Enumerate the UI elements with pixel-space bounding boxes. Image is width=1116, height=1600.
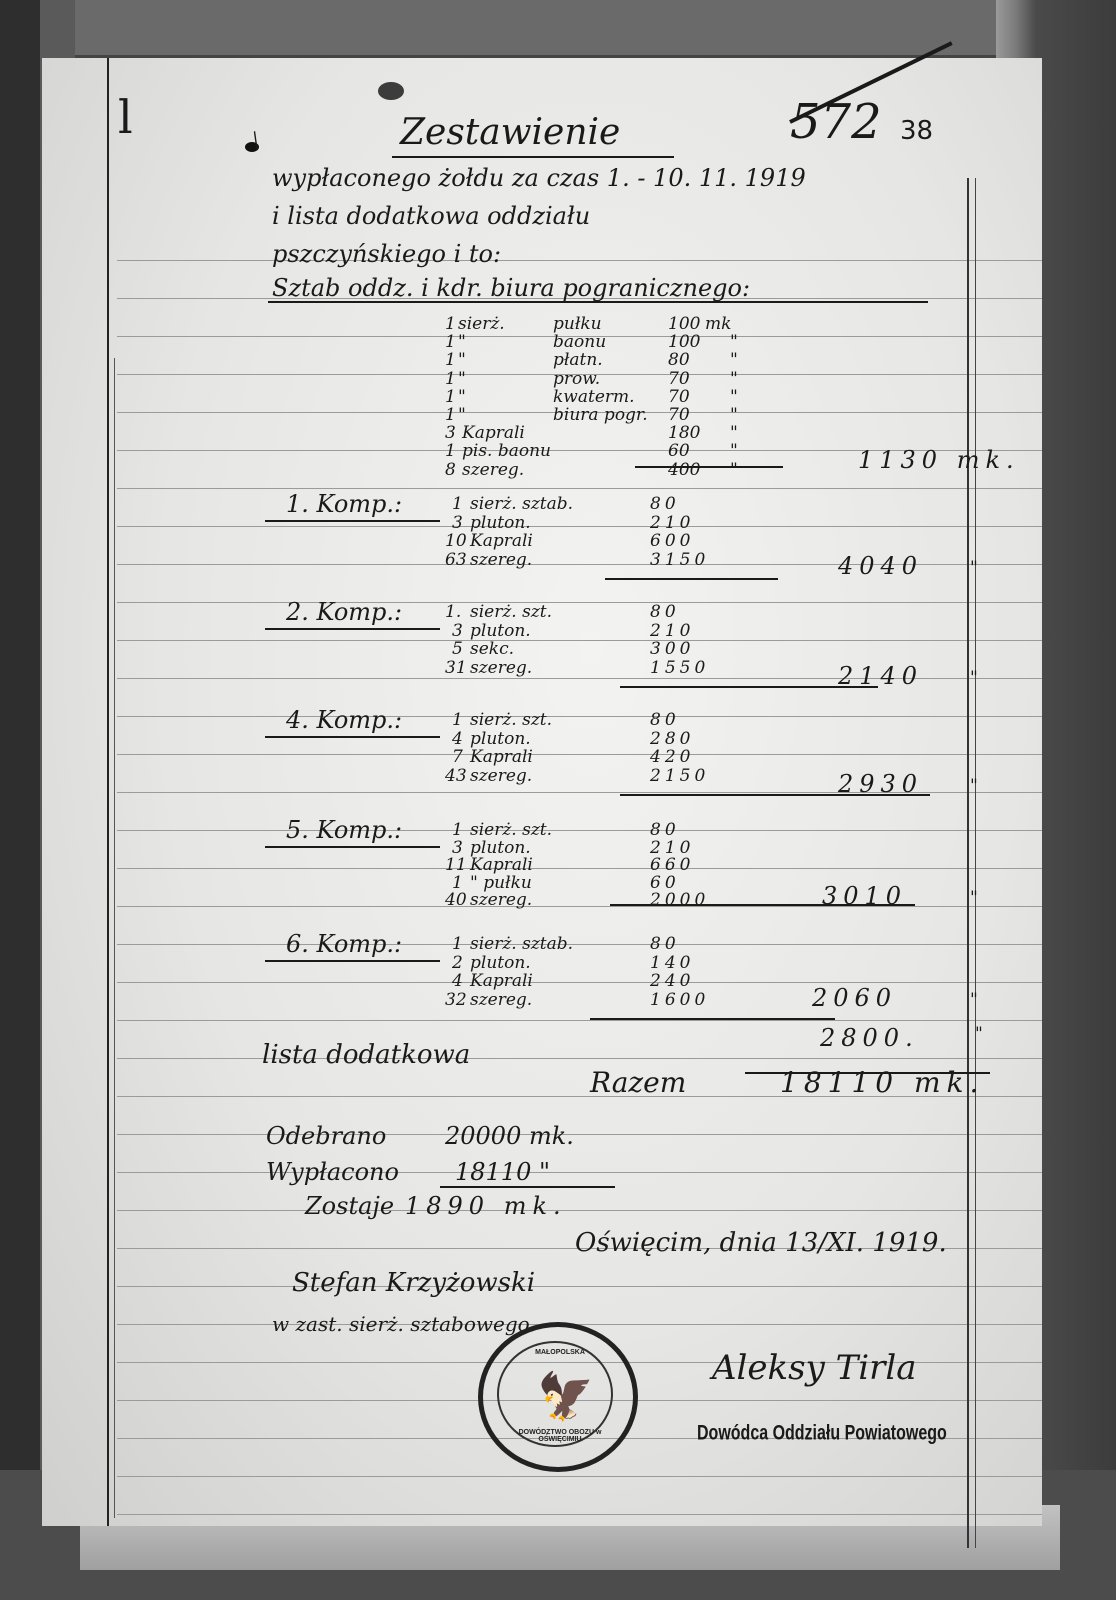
- company-label-underline: [265, 736, 440, 738]
- left-signature-name: Stefan Krzyżowski: [292, 1268, 535, 1298]
- place-date: Oświęcim, dnia 13/XI. 1919.: [575, 1228, 947, 1258]
- wyplacono-underline: [440, 1186, 615, 1188]
- company-row-desc: Kaprali: [470, 971, 533, 991]
- company-row-desc: sekc.: [470, 639, 514, 659]
- sztab-row-unit-mark: ": [730, 441, 738, 461]
- company-row-count: 1.: [445, 602, 461, 622]
- company-total: 2930: [838, 770, 923, 798]
- razem-amount: 18110 mk.: [780, 1066, 984, 1099]
- company-row-count: 1: [452, 494, 463, 514]
- lista-dodatkowa-amount: 2800.: [820, 1024, 919, 1052]
- archive-number: 572: [790, 94, 882, 150]
- stamp-inner-ring: MAŁOPOLSKA 🦅 DOWÓDZTWO OBOZU w OŚWIĘCIMI…: [497, 1341, 613, 1447]
- sztab-row-rank: ": [458, 332, 466, 352]
- company-row-desc: szereg.: [470, 766, 532, 786]
- company-row-amount: 140: [650, 953, 694, 973]
- sztab-row-amount: 100: [668, 314, 700, 334]
- company-row-desc: Kaprali: [470, 531, 533, 551]
- right-signature-printed-title: Dowódca Oddziału Powiatowego: [697, 1422, 947, 1446]
- company-row-count: 43: [445, 766, 467, 786]
- sztab-row-unit-mark: ": [730, 460, 738, 480]
- company-row-amount: 300: [650, 639, 694, 659]
- company-row-count: 7: [452, 747, 463, 767]
- sztab-row-unit: prow.: [553, 369, 600, 389]
- company-label: 5. Komp.:: [286, 816, 402, 844]
- company-row-amount: 210: [650, 513, 694, 533]
- company-label-underline: [265, 960, 440, 962]
- company-row-count: 32: [445, 990, 467, 1010]
- sztab-row-amount: 60: [668, 441, 690, 461]
- company-total-mark: ": [970, 558, 978, 578]
- sztab-row-amount: 70: [668, 387, 690, 407]
- odebrano-amount: 20000 mk.: [445, 1122, 574, 1150]
- company-row-count: 10: [445, 531, 467, 551]
- company-row-amount: 3150: [650, 550, 709, 570]
- company-row-desc: Kaprali: [470, 747, 533, 767]
- official-stamp: MAŁOPOLSKA 🦅 DOWÓDZTWO OBOZU w OŚWIĘCIMI…: [478, 1322, 638, 1472]
- company-sum-line: [590, 1018, 835, 1020]
- sztab-row-count: 1: [445, 332, 456, 352]
- company-row-count: 2: [452, 953, 463, 973]
- left-signature-role: w zast. sierż. sztabowego.: [272, 1312, 536, 1336]
- page-number: 38: [900, 116, 933, 146]
- company-row-desc: szereg.: [470, 990, 532, 1010]
- sztab-total: 1130 mk.: [858, 446, 1020, 474]
- company-label: 1. Komp.:: [286, 490, 402, 518]
- company-label-underline: [265, 520, 440, 522]
- eagle-emblem-icon: 🦅: [537, 1373, 594, 1419]
- sztab-row-amount: 100: [668, 332, 700, 352]
- razem-label: Razem: [590, 1066, 686, 1099]
- company-total: 2060: [812, 984, 897, 1012]
- company-row-desc: pluton.: [470, 513, 531, 533]
- sztab-sum-line: [635, 466, 783, 468]
- company-row-desc: pluton.: [470, 953, 531, 973]
- sztab-row-rank: szereg.: [462, 460, 524, 480]
- sztab-row-rank: ": [458, 387, 466, 407]
- company-row-count: 4: [452, 729, 463, 749]
- zostaje-amount: 1890 mk.: [405, 1192, 567, 1220]
- left-margin-rule: [107, 58, 109, 1526]
- sztab-row-rank: sierż.: [458, 314, 505, 334]
- sztab-row-unit: pułku: [553, 314, 602, 334]
- company-row-desc: sierż. sztab.: [470, 494, 573, 514]
- company-row-desc: szereg.: [470, 550, 532, 570]
- sztab-row-unit: baonu: [553, 332, 606, 352]
- sztab-row-rank: ": [458, 405, 466, 425]
- company-total-mark: ": [970, 990, 978, 1010]
- section-heading: Sztab oddz. i kdr. biura pogranicznego:: [272, 274, 750, 302]
- sztab-row-unit-mark: ": [730, 423, 738, 443]
- company-row-count: 40: [445, 890, 467, 910]
- ink-blot: [378, 82, 404, 100]
- company-row-count: 31: [445, 658, 467, 678]
- sztab-row-rank: pis. baonu: [462, 441, 551, 461]
- sztab-row-count: 1: [445, 405, 456, 425]
- company-label-underline: [265, 628, 440, 630]
- company-row-amount: 80: [650, 494, 680, 514]
- intro-line-2: i lista dodatkowa oddziału: [272, 202, 590, 230]
- stamp-bottom-text: DOWÓDZTWO OBOZU w OŚWIĘCIMIU: [499, 1429, 621, 1443]
- company-row-amount: 240: [650, 971, 694, 991]
- odebrano-label: Odebrano: [266, 1122, 386, 1150]
- sztab-row-unit-mark: ": [730, 405, 738, 425]
- company-row-count: 1: [452, 934, 463, 954]
- company-row-count: 1: [452, 710, 463, 730]
- company-row-amount: 1550: [650, 658, 709, 678]
- company-row-amount: 210: [650, 621, 694, 641]
- company-total: 4040: [838, 552, 923, 580]
- company-row-desc: sierż. szt.: [470, 602, 552, 622]
- sztab-row-count: 3: [445, 423, 456, 443]
- stamp-top-text: MAŁOPOLSKA: [499, 1349, 621, 1356]
- sztab-row-count: 1: [445, 314, 456, 334]
- company-row-desc: sierż. sztab.: [470, 934, 573, 954]
- sztab-row-count: 1: [445, 441, 456, 461]
- company-row-amount: 1600: [650, 990, 709, 1010]
- zostaje-label: Zostaje: [305, 1192, 394, 1220]
- sztab-row-unit: płatn.: [553, 350, 603, 370]
- right-signature-name: Aleksy Tirla: [712, 1348, 917, 1388]
- company-label: 2. Komp.:: [286, 598, 402, 626]
- intro-line-1: wypłaconego żołdu za czas 1. - 10. 11. 1…: [272, 164, 806, 192]
- sztab-row-unit-mark: ": [730, 369, 738, 389]
- sztab-row-count: 1: [445, 369, 456, 389]
- company-row-desc: sierż. szt.: [470, 710, 552, 730]
- sztab-row-unit: biura pogr.: [553, 405, 648, 425]
- right-margin-rule: [967, 178, 969, 1548]
- company-row-desc: pluton.: [470, 729, 531, 749]
- company-total-mark: ": [970, 776, 978, 796]
- sztab-row-amount: 400: [668, 460, 700, 480]
- sztab-row-unit-mark: ": [730, 387, 738, 407]
- section-heading-underline: [268, 301, 928, 303]
- intro-line-3: pszczyńskiego i to:: [272, 240, 501, 268]
- company-row-amount: 2000: [650, 890, 709, 910]
- margin-mark: l: [118, 90, 133, 144]
- company-label: 6. Komp.:: [286, 930, 402, 958]
- company-row-amount: 600: [650, 531, 694, 551]
- company-row-desc: szereg.: [470, 890, 532, 910]
- sztab-row-unit-mark: ": [730, 332, 738, 352]
- company-total: 2140: [838, 662, 923, 690]
- sztab-row-amount: 70: [668, 369, 690, 389]
- sztab-row-amount: 80: [668, 350, 690, 370]
- company-row-count: 63: [445, 550, 467, 570]
- company-label-underline: [265, 846, 440, 848]
- sztab-row-count: 1: [445, 387, 456, 407]
- sztab-row-rank: Kaprali: [462, 423, 525, 443]
- company-row-amount: 420: [650, 747, 694, 767]
- company-row-count: 3: [452, 621, 463, 641]
- left-margin-rule-secondary: [114, 358, 115, 1518]
- company-sum-line: [605, 578, 778, 580]
- sztab-row-amount: 70: [668, 405, 690, 425]
- company-total-mark: ": [970, 668, 978, 688]
- company-label: 4. Komp.:: [286, 706, 402, 734]
- sztab-row-rank: ": [458, 350, 466, 370]
- sztab-row-rank: ": [458, 369, 466, 389]
- lista-dodatkowa-label: lista dodatkowa: [262, 1040, 470, 1070]
- company-total-mark: ": [970, 888, 978, 908]
- company-row-count: 5: [452, 639, 463, 659]
- sztab-row-count: 8: [445, 460, 456, 480]
- company-row-desc: szereg.: [470, 658, 532, 678]
- company-row-amount: 80: [650, 934, 680, 954]
- sztab-row-count: 1: [445, 350, 456, 370]
- title-underline: [392, 156, 674, 158]
- sztab-row-unit-mark: ": [730, 350, 738, 370]
- wyplacono-label: Wypłacono: [266, 1158, 399, 1186]
- wyplacono-amount: 18110 ": [455, 1158, 550, 1186]
- sztab-row-amount: 180: [668, 423, 700, 443]
- right-margin-rule-secondary: [975, 178, 976, 1548]
- document-title: Zestawienie: [400, 112, 620, 153]
- company-row-amount: 2150: [650, 766, 709, 786]
- sztab-row-unit: kwaterm.: [553, 387, 635, 407]
- company-row-count: 3: [452, 513, 463, 533]
- company-row-amount: 280: [650, 729, 694, 749]
- company-row-desc: pluton.: [470, 621, 531, 641]
- company-row-count: 4: [452, 971, 463, 991]
- sztab-row-unit-mark: mk: [705, 314, 731, 334]
- lista-dodatkowa-mark: ": [975, 1024, 983, 1044]
- company-row-amount: 80: [650, 710, 680, 730]
- company-row-amount: 80: [650, 602, 680, 622]
- company-total: 3010: [822, 882, 907, 910]
